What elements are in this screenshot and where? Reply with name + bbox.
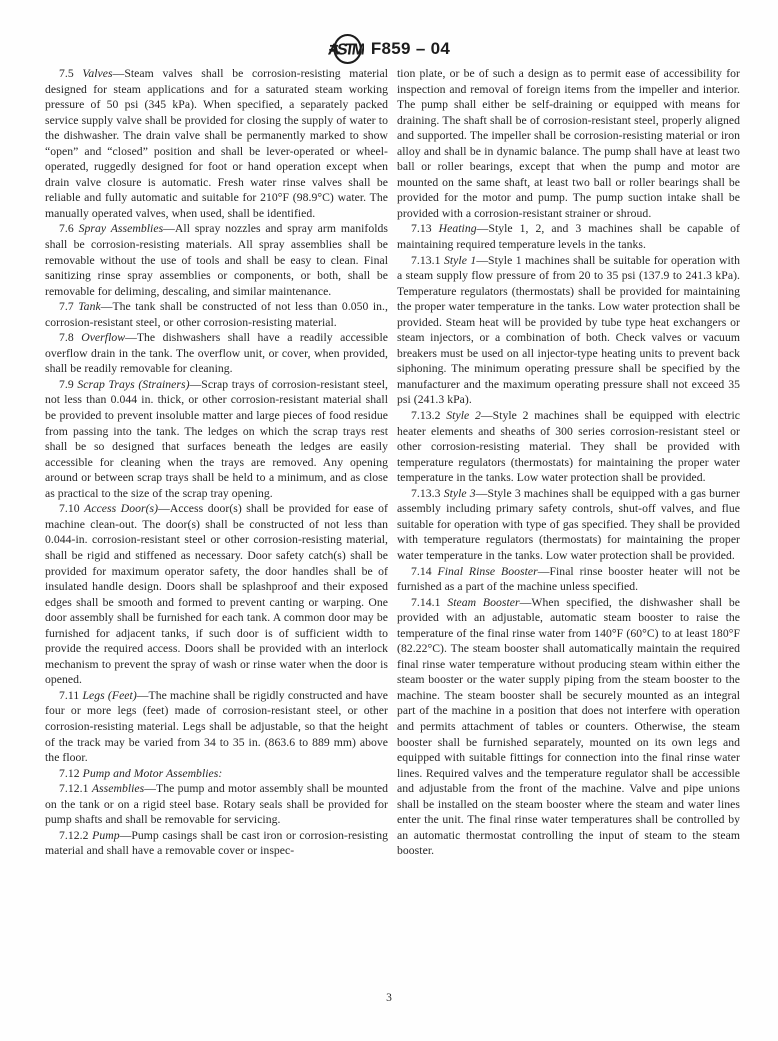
text-columns: 7.5 Valves—Steam valves shall be corrosi… — [45, 66, 740, 859]
section-paragraph-7.5: 7.5 Valves—Steam valves shall be corrosi… — [45, 66, 388, 221]
section-title: Spray Assemblies — [79, 222, 164, 235]
section-paragraph-7.8: 7.8 Overflow—The dishwashers shall have … — [45, 330, 388, 377]
section-paragraph-7.13: 7.13 Heating—Style 1, 2, and 3 machines … — [397, 221, 740, 252]
section-title: Style 1 — [444, 254, 476, 267]
section-title: Legs (Feet) — [82, 689, 136, 702]
standard-number: F859 – 04 — [371, 39, 450, 59]
right-column: tion plate, or be of such a design as to… — [397, 66, 740, 859]
document-page: ASTM F859 – 04 7.5 Valves—Steam valves s… — [0, 0, 778, 1041]
section-number: 7.9 — [59, 378, 77, 391]
section-number: 7.8 — [59, 331, 81, 344]
section-number: 7.13 — [411, 222, 439, 235]
section-paragraph-7.13.1: 7.13.1 Style 1—Style 1 machines shall be… — [397, 253, 740, 408]
section-number: 7.5 — [59, 67, 82, 80]
section-paragraph-7.9: 7.9 Scrap Trays (Strainers)—Scrap trays … — [45, 377, 388, 501]
section-title: Tank — [78, 300, 101, 313]
continuation-paragraph: tion plate, or be of such a design as to… — [397, 66, 740, 221]
section-title: Access Door(s) — [84, 502, 158, 515]
section-number: 7.12.2 — [59, 829, 92, 842]
section-number: 7.6 — [59, 222, 79, 235]
section-title: Style 2 — [446, 409, 481, 422]
section-paragraph-7.11: 7.11 Legs (Feet)—The machine shall be ri… — [45, 688, 388, 766]
section-paragraph-7.12: 7.12 Pump and Motor Assemblies: — [45, 766, 388, 782]
section-paragraph-7.10: 7.10 Access Door(s)—Access door(s) shall… — [45, 501, 388, 688]
section-paragraph-7.12.1: 7.12.1 Assemblies—The pump and motor ass… — [45, 781, 388, 828]
section-paragraph-7.7: 7.7 Tank—The tank shall be constructed o… — [45, 299, 388, 330]
section-paragraph-7.6: 7.6 Spray Assemblies—All spray nozzles a… — [45, 221, 388, 299]
section-number: 7.13.1 — [411, 254, 444, 267]
page-number: 3 — [386, 992, 392, 1004]
section-title: Steam Booster — [447, 596, 519, 609]
section-title: Style 3 — [444, 487, 476, 500]
section-title: Assemblies — [92, 782, 144, 795]
left-column: 7.5 Valves—Steam valves shall be corrosi… — [45, 66, 388, 859]
section-title: Pump and Motor Assemblies: — [83, 767, 223, 780]
page-footer: 3 — [0, 992, 778, 1004]
svg-text:ASTM: ASTM — [328, 41, 364, 59]
section-number: 7.14 — [411, 565, 438, 578]
section-title: Heating — [439, 222, 477, 235]
section-number: 7.11 — [59, 689, 82, 702]
section-paragraph-7.14: 7.14 Final Rinse Booster—Final rinse boo… — [397, 564, 740, 595]
section-title: Pump — [92, 829, 119, 842]
section-paragraph-7.13.3: 7.13.3 Style 3—Style 3 machines shall be… — [397, 486, 740, 564]
astm-logo-icon: ASTM — [328, 33, 364, 65]
section-title: Final Rinse Booster — [438, 565, 538, 578]
section-number: 7.13.2 — [411, 409, 446, 422]
section-number: 7.13.3 — [411, 487, 444, 500]
page-header: ASTM F859 – 04 — [0, 33, 778, 65]
section-title: Overflow — [81, 331, 125, 344]
section-number: 7.7 — [59, 300, 78, 313]
section-number: 7.12 — [59, 767, 83, 780]
section-paragraph-7.14.1: 7.14.1 Steam Booster—When specified, the… — [397, 595, 740, 859]
section-number: 7.12.1 — [59, 782, 92, 795]
section-title: Scrap Trays (Strainers) — [77, 378, 189, 391]
section-number: 7.14.1 — [411, 596, 447, 609]
section-paragraph-7.12.2: 7.12.2 Pump—Pump casings shall be cast i… — [45, 828, 388, 859]
section-number: 7.10 — [59, 502, 84, 515]
section-title: Valves — [82, 67, 112, 80]
section-paragraph-7.13.2: 7.13.2 Style 2—Style 2 machines shall be… — [397, 408, 740, 486]
